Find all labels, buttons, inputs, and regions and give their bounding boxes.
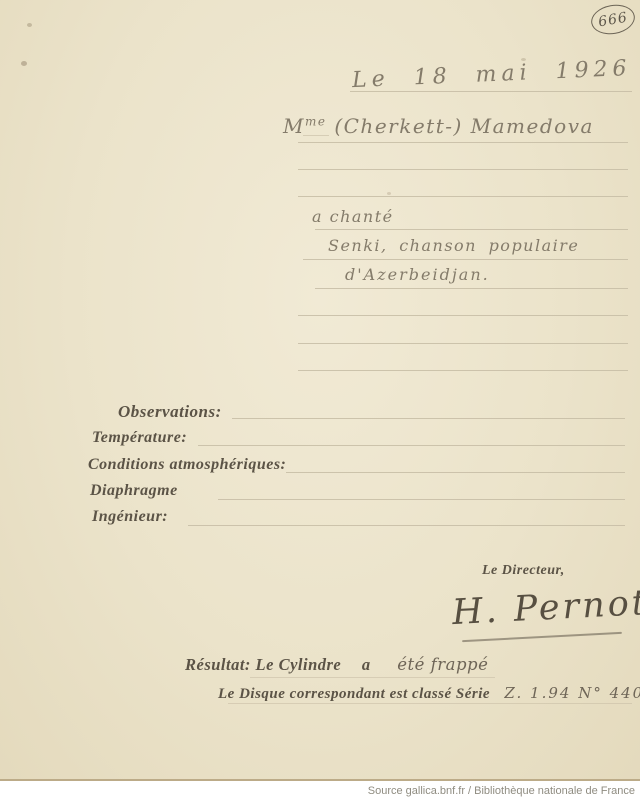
rule-line-origin: [315, 288, 628, 289]
signature-h-pernot: H. Pernot: [451, 583, 640, 633]
result-value: été frappé: [397, 655, 488, 674]
rule-line-blank: [298, 315, 628, 316]
performer-prefix: M: [283, 114, 305, 138]
result-line: Résultat: Le Cylindre a été frappé: [185, 655, 488, 675]
signature-flourish: [462, 632, 622, 642]
paper-speck: [387, 192, 391, 195]
rule-line-title: [303, 259, 628, 260]
rule-line-observations: [232, 418, 625, 419]
date-line: Le 18 mai 1926: [352, 56, 632, 93]
work-title-line: Senki, chanson populaire: [328, 236, 579, 255]
performer-name-line: Mme (Cherkett-) Mamedova: [283, 114, 594, 138]
rule-line-action: [315, 229, 628, 230]
label-conditions: Conditions atmosphériques:: [88, 456, 286, 474]
catalog-number-circle: 666: [589, 1, 637, 37]
paper-sheet: 666 Le 18 mai 1926 Mme (Cherkett-) Mamed…: [0, 0, 640, 781]
rule-line-blank: [298, 169, 628, 170]
action-line: a chanté: [312, 207, 394, 226]
paper-speck: [21, 61, 27, 66]
result-connector: a: [362, 655, 371, 674]
rule-line-diaphragme: [218, 499, 625, 500]
label-ingenieur: Ingénieur:: [92, 508, 168, 526]
label-observations: Observations:: [118, 402, 222, 422]
rule-line-name: [298, 142, 628, 143]
footer-source-bar: Source gallica.bnf.fr / Bibliothèque nat…: [0, 781, 640, 800]
performer-superscript: me: [305, 114, 326, 128]
footer-source-text: Source gallica.bnf.fr / Bibliothèque nat…: [368, 785, 640, 797]
label-director: Le Directeur,: [482, 563, 565, 579]
rule-line-blank: [298, 343, 628, 344]
rule-line-blank: [298, 196, 628, 197]
rule-line-blank: [298, 370, 628, 371]
rule-line-result: [250, 677, 495, 678]
work-origin-line: d'Azerbeidjan.: [345, 265, 490, 284]
result-label: Résultat: Le Cylindre: [185, 655, 341, 674]
rule-line-classification: [228, 703, 632, 704]
performer-name: (Cherkett-) Mamedova: [334, 114, 594, 138]
rule-line-conditions: [286, 472, 625, 473]
catalog-number: 666: [597, 9, 629, 30]
label-temperature: Température:: [92, 429, 187, 447]
rule-line-temperature: [198, 445, 625, 446]
paper-speck: [27, 23, 32, 27]
classification-line: Le Disque correspondant est classé Série…: [218, 684, 640, 703]
classification-value: Z. 1.94 N° 440: [504, 684, 640, 702]
classification-label: Le Disque correspondant est classé Série: [218, 686, 490, 702]
label-diaphragme: Diaphragme: [90, 482, 178, 500]
rule-line-ingenieur: [188, 525, 625, 526]
scanned-document-page: 666 Le 18 mai 1926 Mme (Cherkett-) Mamed…: [0, 0, 640, 800]
